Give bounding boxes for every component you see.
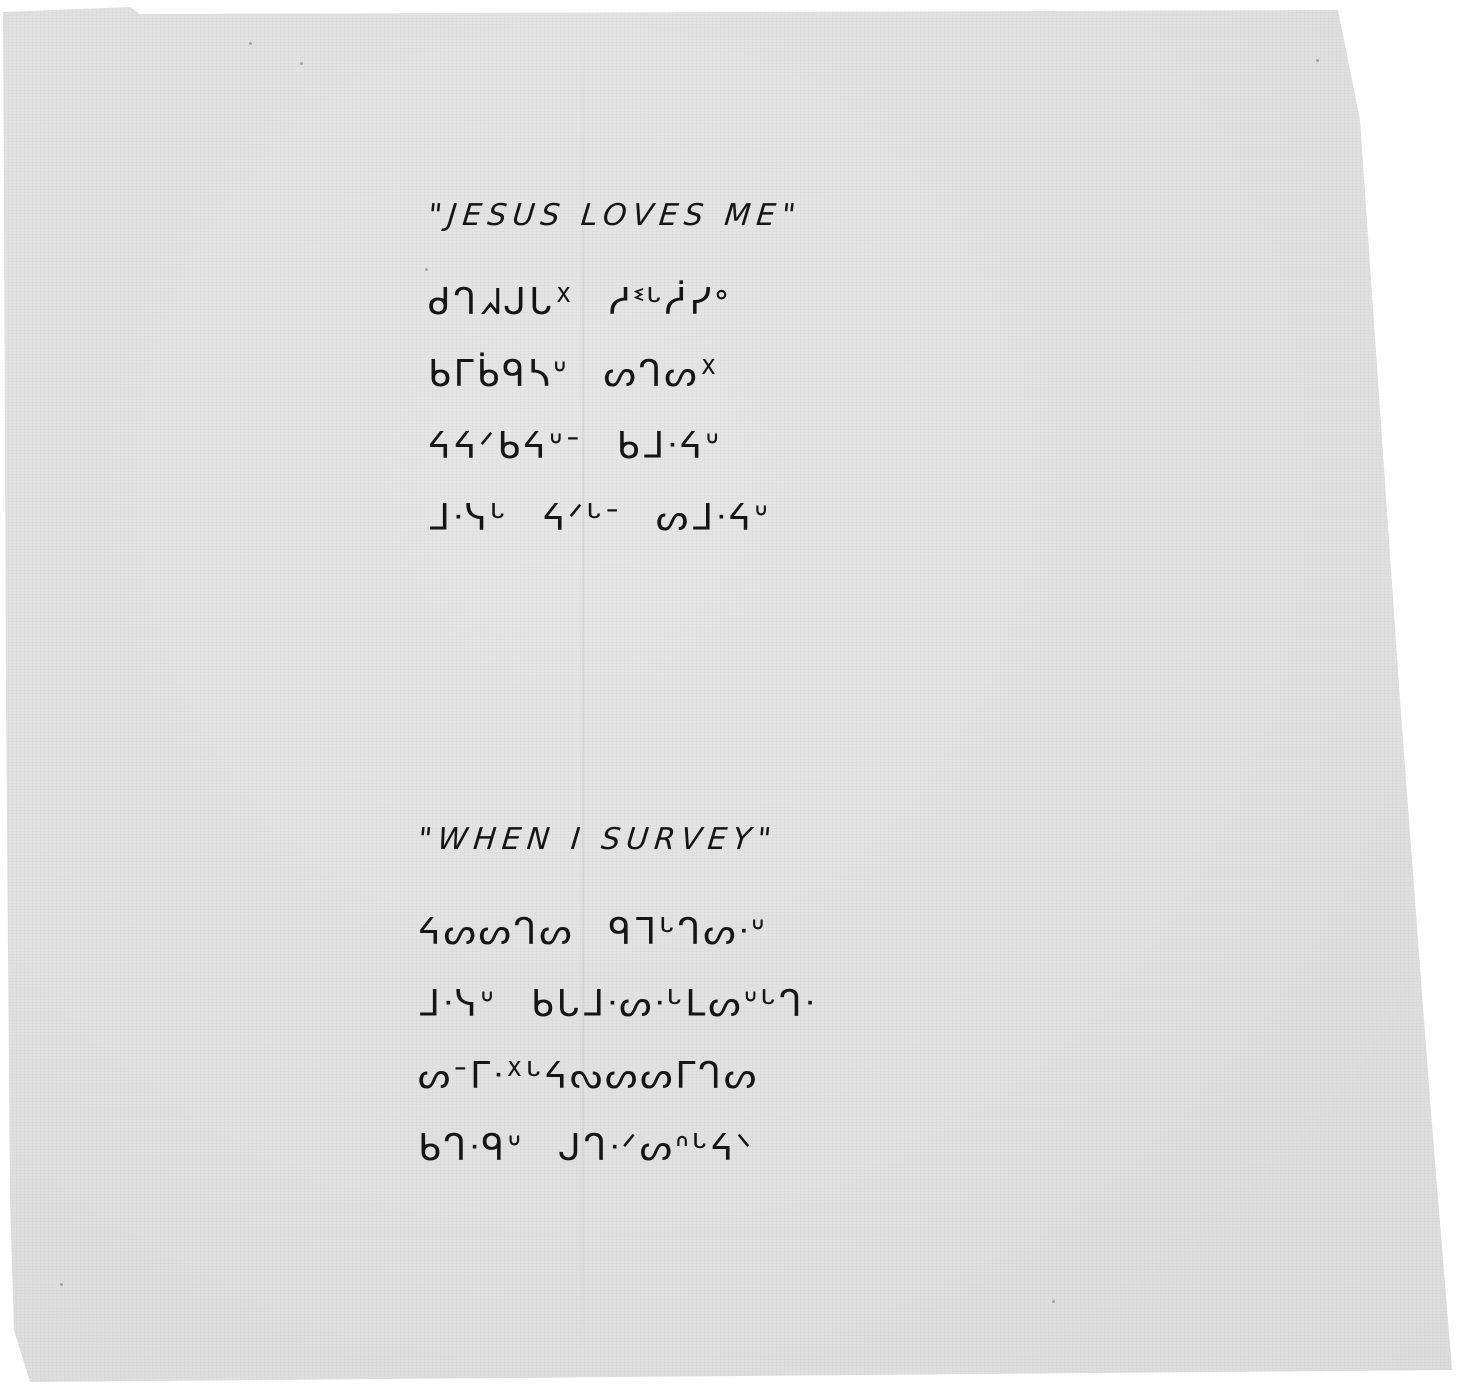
syllabic-word: ᔕᒧᐧᔦᐡ	[656, 483, 771, 555]
syllabic-word: ᔦᐟᒡᐨ	[543, 483, 622, 555]
cloth-speck	[249, 42, 252, 45]
syllabic-word: ᑲᒥᑳᑫᓴᐡ	[428, 339, 570, 411]
syllabic-word: ᓱᓫᒡᓲᓯᐤ	[609, 267, 731, 339]
cloth-speck	[60, 1283, 63, 1286]
hymn-title: "JESUS LOVES ME"	[426, 198, 803, 233]
syllabic-word: ᑲᒉᐧᑫᐡ	[418, 1113, 524, 1185]
cloth-speck	[1052, 1300, 1055, 1303]
verse-line: ᑲᒉᐧᑫᐡ ᒍᒉᐧᐟᔕᐢᒡᔦᐠ	[418, 1113, 817, 1185]
syllabic-word: ᔦᔦᐟᑲᔦᐡᐨ	[428, 411, 583, 483]
syllabic-word: ᑲᒐᒧᐧᔕᐧᒡᒪᔕᐡᒡᒉᐧ	[531, 969, 817, 1041]
syllabic-word: ᑫᒣᒡᒉᔕᐧᐡ	[609, 897, 768, 969]
verse-line: ᔕᐨᒥᐧᕽᒡᔦᔓᔕᔕᒥᒉᔕ	[418, 1041, 817, 1113]
hymn-jesus-loves-me: "JESUS LOVES ME" ᑯᒉᖽᒍᒐᕽ ᓱᓫᒡᓲᓯᐤ ᑲᒥᑳᑫᓴᐡ ᔕᒉ…	[428, 198, 801, 555]
verse-line: ᔦᔕᔕᒉᔕ ᑫᒣᒡᒉᔕᐧᐡ	[418, 897, 817, 969]
syllabic-word: ᔕᒉᔕᕽ	[604, 339, 720, 411]
photo-stage: "JESUS LOVES ME" ᑯᒉᖽᒍᒐᕽ ᓱᓫᒡᓲᓯᐤ ᑲᒥᑳᑫᓴᐡ ᔕᒉ…	[0, 0, 1460, 1390]
syllabic-word: ᔕᐨᒥᐧᕽᒡᔦᔓᔕᔕᒥᒉᔕ	[418, 1041, 759, 1113]
syllabic-word: ᒧᐧᓭᐡ	[418, 969, 497, 1041]
hymn-when-i-survey: "WHEN I SURVEY" ᔦᔕᔕᒉᔕ ᑫᒣᒡᒉᔕᐧᐡ ᒧᐧᓭᐡ ᑲᒐᒧᐧᔕ…	[418, 822, 817, 1185]
cloth-speck	[300, 62, 303, 65]
verse-line: ᑯᒉᖽᒍᒐᕽ ᓱᓫᒡᓲᓯᐤ	[428, 267, 801, 339]
verse-line: ᒧᐧᓭᐡ ᑲᒐᒧᐧᔕᐧᒡᒪᔕᐡᒡᒉᐧ	[418, 969, 817, 1041]
cloth-speck	[1316, 59, 1319, 62]
syllabic-word: ᑯᒉᖽᒍᒐᕽ	[428, 267, 575, 339]
syllabic-word: ᔦᔕᔕᒉᔕ	[418, 897, 575, 969]
verse-line: ᒧᐧᓭᒡ ᔦᐟᒡᐨ ᔕᒧᐧᔦᐡ	[428, 483, 801, 555]
verse-line: ᔦᔦᐟᑲᔦᐡᐨ ᑲᒧᐧᔦᐡ	[428, 411, 801, 483]
syllabic-word: ᑲᒧᐧᔦᐡ	[617, 411, 722, 483]
syllabic-word: ᒍᒉᐧᐟᔕᐢᒡᔦᐠ	[558, 1113, 754, 1185]
syllabic-word: ᒧᐧᓭᒡ	[428, 483, 509, 555]
hymn-title: "WHEN I SURVEY"	[416, 822, 819, 857]
verse-line: ᑲᒥᑳᑫᓴᐡ ᔕᒉᔕᕽ	[428, 339, 801, 411]
